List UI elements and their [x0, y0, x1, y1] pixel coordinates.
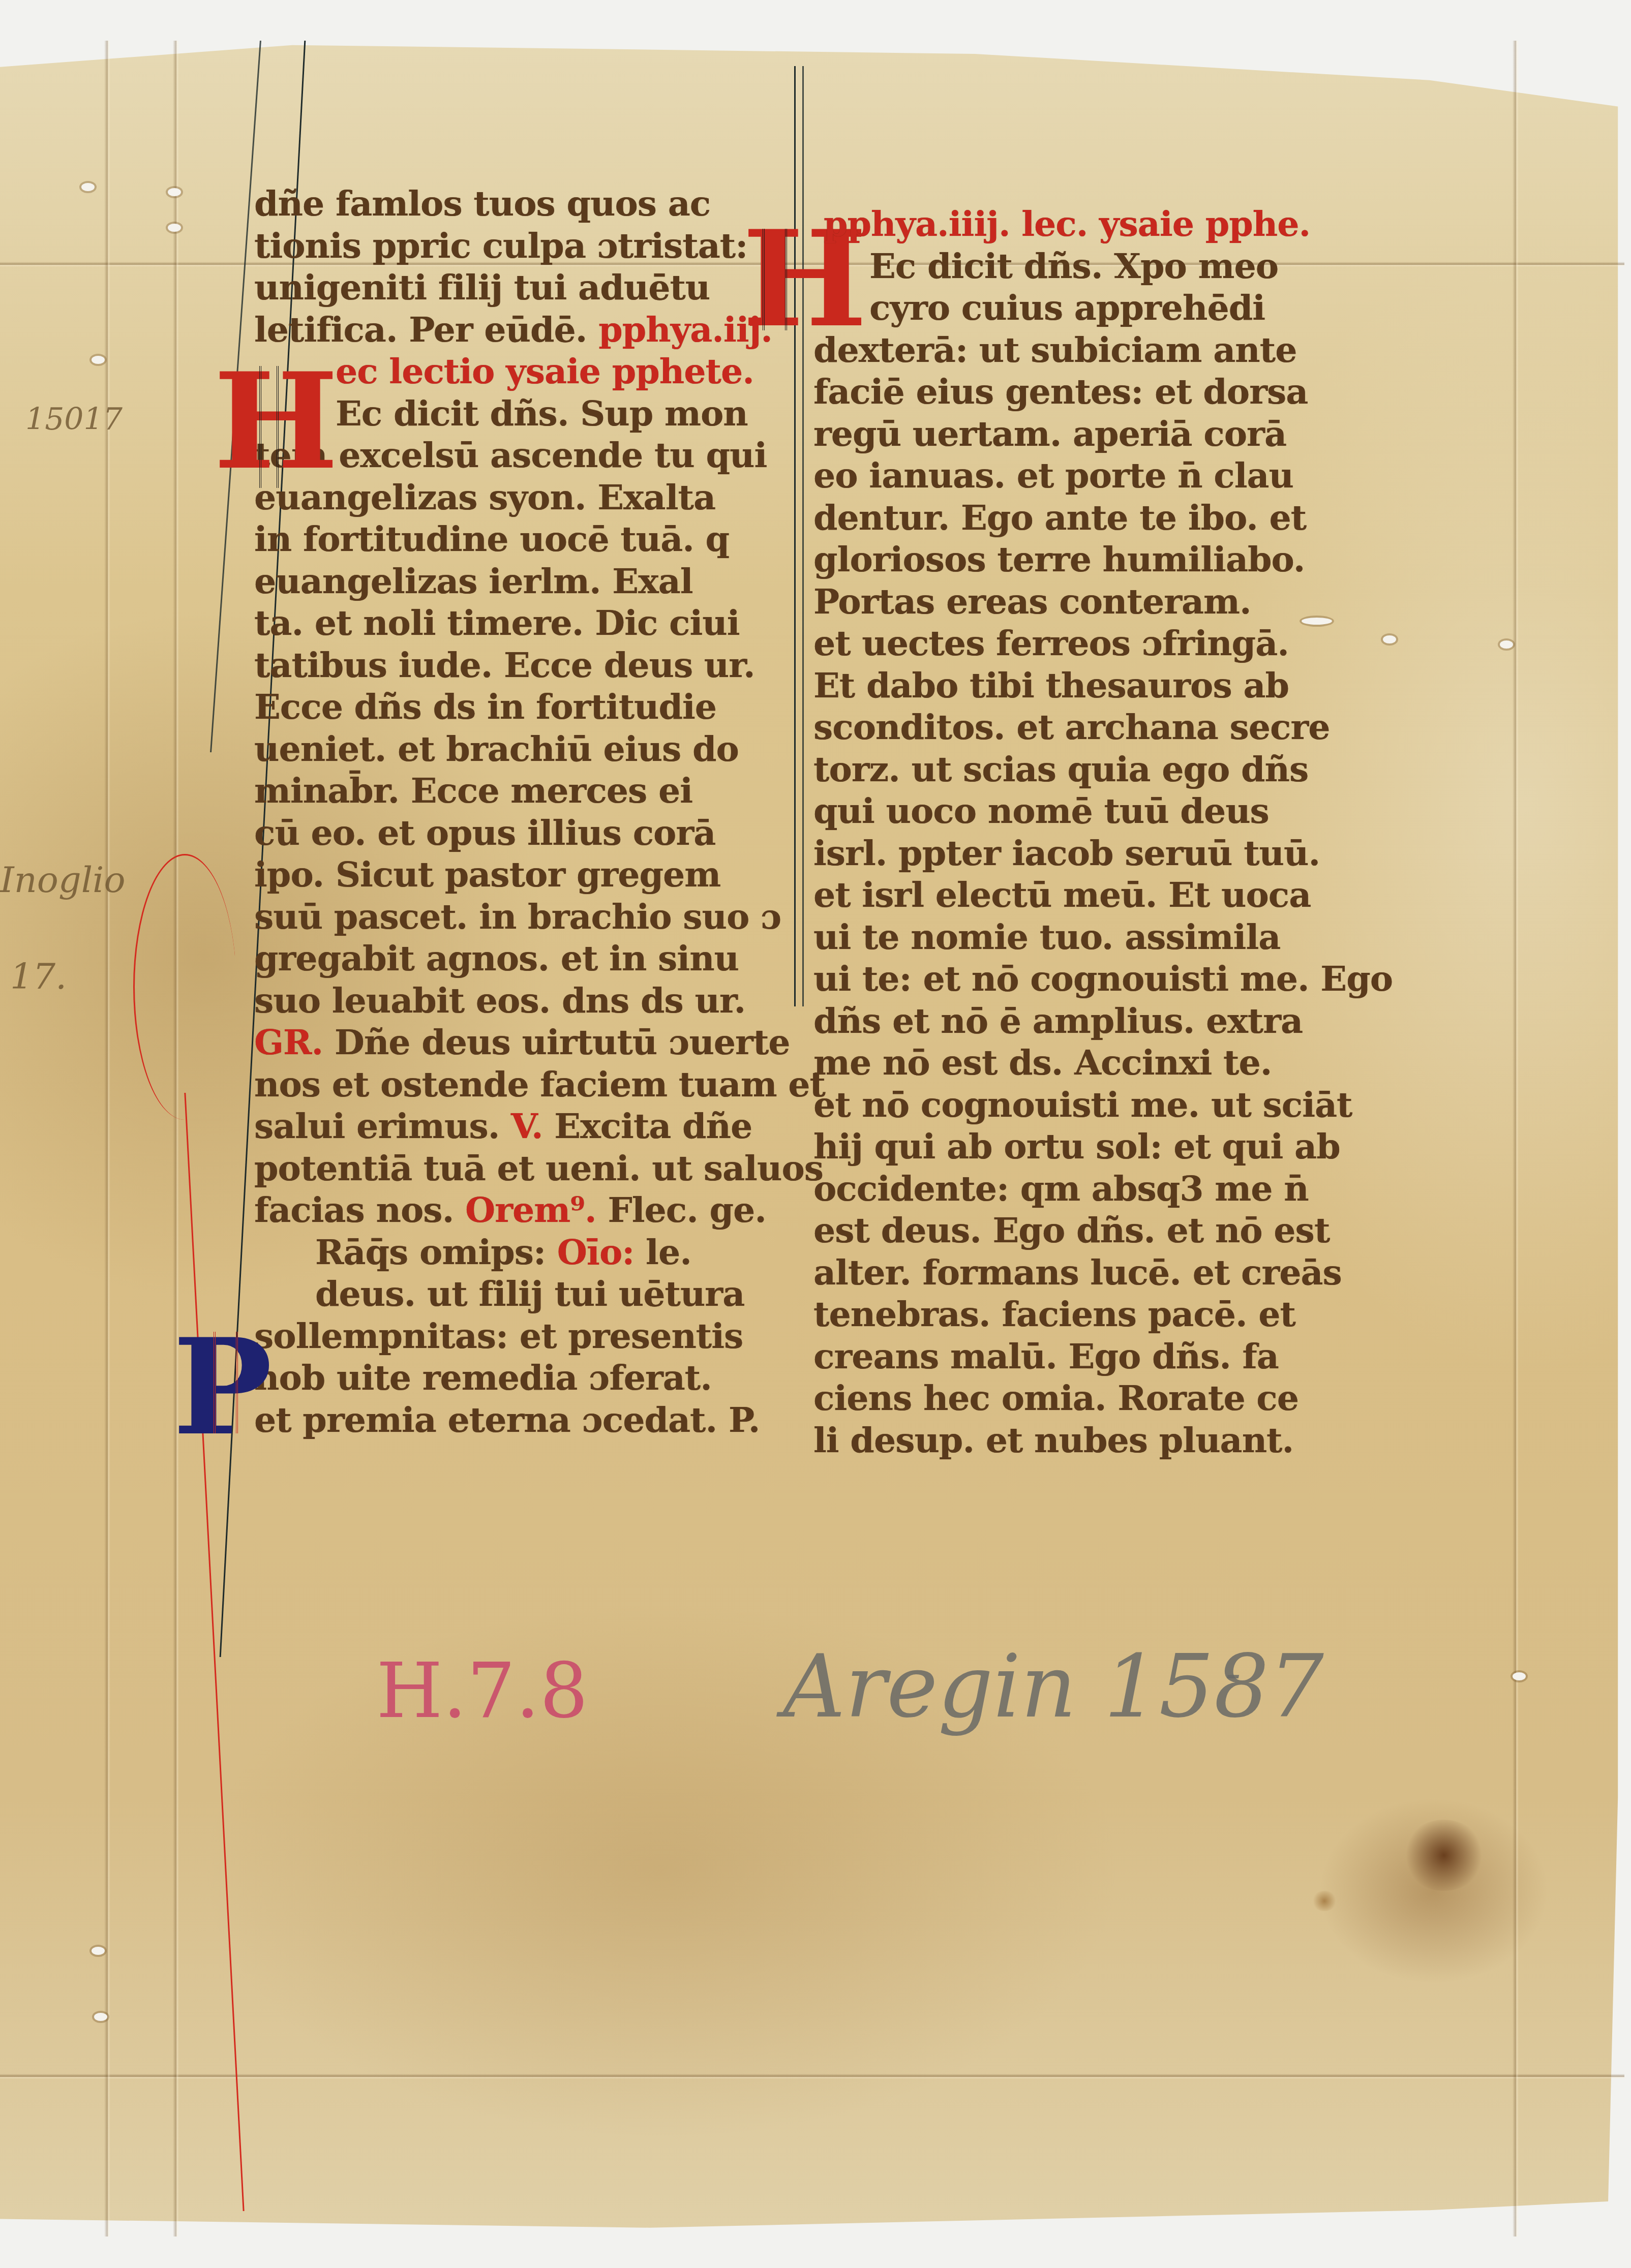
gradual-marker: GR.: [254, 1022, 323, 1063]
stain-bottom-right: [1403, 1820, 1485, 1891]
vertical-fold-left: [104, 41, 110, 2236]
oremus-rubric: Orem⁹.: [465, 1190, 596, 1231]
text-line: sollempnitas: et presentis: [254, 1315, 752, 1358]
text-line: qui uoco nomē tuū deus: [813, 790, 1312, 833]
text-line: nob uite remedia ɔferat.: [254, 1357, 752, 1399]
text-line: et premia eterna ɔcedat. P.: [254, 1399, 752, 1442]
text-line: ui te nomie tuo. assimila: [813, 916, 1312, 959]
pencil-dash: -: [1225, 1647, 1241, 1700]
text-line: alter. formans lucē. et creās: [813, 1252, 1312, 1294]
text-line: gregabit agnos. et in sinu: [254, 938, 752, 980]
text-line: et nō cognouisti me. ut sciāt: [813, 1084, 1312, 1126]
text-line: torz. ut scias quia ego dñs: [813, 749, 1312, 791]
right-column: pphya.iiij. lec. ysaie pphe. Ec dicit dñ…: [813, 203, 1312, 1461]
text-line: regū uertam. aperiā corā: [813, 413, 1312, 455]
text-line: Et dabo tibi thesauros ab: [813, 665, 1312, 707]
text-line: cyro cuius apprehēdi: [813, 287, 1312, 329]
stitch-hole: [92, 1947, 105, 1955]
text-line: hij qui ab ortu sol: et qui ab: [813, 1126, 1312, 1168]
text-line: me nō est ds. Accinxi te.: [813, 1042, 1312, 1084]
text-line: in fortitudine uocē tuā. q: [254, 518, 752, 561]
text-line: tenebras. faciens pacē. et: [813, 1294, 1312, 1336]
text-segment: facias nos.: [254, 1190, 454, 1231]
text-line: est deus. Ego dñs. et nō est: [813, 1210, 1312, 1252]
margin-number-left: 17.: [10, 956, 67, 997]
text-segment: Rāq̄s omips:: [315, 1232, 546, 1273]
text-line: dexterā: ut subiciam ante: [813, 329, 1312, 372]
text-line: potentiā tuā et ueni. ut saluos: [254, 1148, 752, 1190]
text-line: euangelizas ierlm. Exal: [254, 561, 752, 603]
pencil-note-date: Aregin 1587: [783, 1637, 1324, 1737]
text-line: tatibus iude. Ecce deus ur.: [254, 645, 752, 687]
text-line: Rāq̄s omips: Oīo: le.: [254, 1232, 752, 1274]
versicle-marker: V.: [511, 1106, 543, 1147]
text-line: isrl. ppter iacob seruū tuū.: [813, 833, 1312, 875]
stitch-hole: [1513, 1672, 1526, 1680]
text-line: ipo. Sicut pastor gregem: [254, 854, 752, 896]
penwork-flourish: [259, 366, 279, 488]
text-line: minab̄r. Ecce merces ei: [254, 770, 752, 812]
text-line: GR. Dñe deus uirtutū ɔuerte: [254, 1022, 752, 1064]
stain-small: [1312, 1891, 1337, 1911]
text-line: ui te: et nō cognouisti me. Ego: [813, 958, 1312, 1000]
horizontal-fold-bottom: [0, 2074, 1624, 2079]
stitch-hole: [1383, 635, 1396, 643]
rubric-heading: ec lectio ysaie pphete.: [336, 351, 754, 392]
penwork-flourish: [214, 1332, 238, 1433]
text-line: tionis ppric culpa ɔtristat:: [254, 225, 752, 267]
text-line: li desup. et nubes pluant.: [813, 1420, 1312, 1462]
text-segment: Dñe deus uirtutū ɔuerte: [335, 1022, 790, 1063]
text-line: suo leuabit eos. dns ds ur.: [254, 980, 752, 1022]
text-line: ta. et noli timere. Dic ciui: [254, 602, 752, 645]
text-line: faciē eius gentes: et dorsa: [813, 371, 1312, 413]
stitch-hole: [81, 183, 95, 191]
decorated-initial-p: P: [173, 1322, 264, 1454]
text-line: suū pascet. in brachio suo ɔ: [254, 896, 752, 938]
vertical-fold-right: [1513, 41, 1519, 2236]
stitch-hole: [168, 188, 181, 196]
text-segment: Excita dñe: [554, 1106, 752, 1147]
text-line: dentur. Ego ante te ibo. et: [813, 497, 1312, 539]
stitch-hole: [94, 2013, 107, 2021]
decorated-initial-h-left: H: [214, 356, 315, 488]
text-line: creans malū. Ego dñs. fa: [813, 1336, 1312, 1378]
text-line: ueniet. et brachiū eius do: [254, 728, 752, 771]
text-line: ciens hec omia. Rorate ce: [813, 1377, 1312, 1420]
text-line: pphya.iiij. lec. ysaie pphe.: [813, 203, 1312, 246]
text-segment: salui erimus.: [254, 1106, 499, 1147]
text-line: Ecce dñs ds in fortitudie: [254, 686, 752, 728]
text-line: facias nos. Orem⁹. Flec. ge.: [254, 1189, 752, 1232]
stitch-hole: [168, 224, 181, 232]
text-line: deus. ut filij tui uētura: [254, 1273, 752, 1315]
margin-word-left: Inoglio: [0, 859, 126, 901]
red-flourish-loop: [133, 854, 236, 1120]
text-line: dñe famlos tuos quos ac: [254, 183, 752, 225]
text-line: occidente: qm absq3 me n̄: [813, 1168, 1312, 1210]
text-line: Ec dicit dñs. Xpo meo: [813, 246, 1312, 288]
text-line: unigeniti filij tui aduētu: [254, 267, 752, 309]
text-line: eo ianuas. et porte n̄ clau: [813, 455, 1312, 497]
rubric-heading: pphya.iiij. lec. ysaie pphe.: [824, 204, 1310, 244]
text-segment: le.: [646, 1232, 691, 1273]
text-segment: Flec. ge.: [608, 1190, 766, 1231]
stitch-hole: [1500, 640, 1513, 649]
vertical-fold-left-inner: [173, 41, 179, 2236]
rubric-text: Oīo:: [557, 1232, 635, 1273]
text-line: et uectes ferreos ɔfringā.: [813, 623, 1312, 665]
text-line: sconditos. et archana secre: [813, 707, 1312, 749]
shelfmark-crayon: H.7.8: [376, 1647, 588, 1735]
text-line: dñs et nō ē amplius. extra: [813, 1000, 1312, 1043]
stitch-hole: [92, 356, 105, 364]
text-line: et isrl electū meū. Et uoca: [813, 874, 1312, 916]
penwork-flourish: [763, 229, 787, 330]
margin-number-top-left: 15017: [25, 402, 123, 437]
text-line: cū eo. et opus illius corā: [254, 812, 752, 854]
text-line: Portas ereas conteram.: [813, 581, 1312, 623]
text-line: salui erimus. V. Excita dñe: [254, 1106, 752, 1148]
text-line: gloriosos terre humiliabo.: [813, 539, 1312, 581]
text-line: nos et ostende faciem tuam et: [254, 1064, 752, 1106]
